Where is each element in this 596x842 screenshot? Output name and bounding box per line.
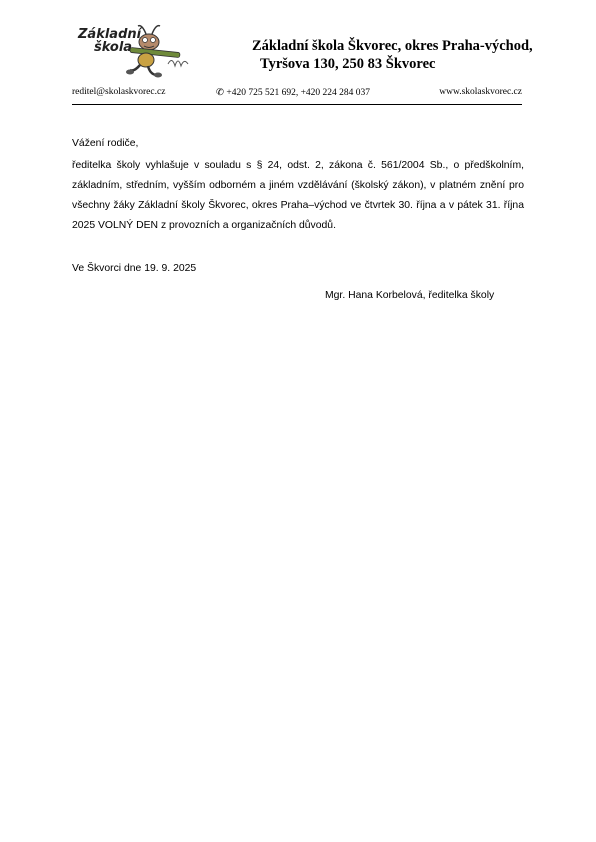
signature: Mgr. Hana Korbelová, ředitelka školy: [325, 290, 494, 301]
school-address: Tyršova 130, 250 83 Škvorec: [260, 56, 435, 73]
phone-text: +420 725 521 692, +420 224 284 037: [226, 88, 370, 98]
phone-numbers: ✆ +420 725 521 692, +420 224 284 037: [216, 87, 370, 98]
phone-icon: ✆: [216, 88, 224, 98]
email-link[interactable]: reditel@skolaskvorec.cz: [72, 87, 165, 97]
header-divider: [72, 104, 522, 105]
letter-greeting: Vážení rodiče,: [72, 134, 524, 154]
document-page: Základní škola Základní škola Škvorec, o…: [0, 0, 596, 842]
letter-paragraph: ředitelka školy vyhlašuje v souladu s § …: [72, 156, 524, 236]
place-and-date: Ve Škvorci dne 19. 9. 2025: [72, 263, 196, 274]
website-link[interactable]: www.skolaskvorec.cz: [439, 87, 522, 97]
ant-mascot-icon: [72, 20, 192, 82]
school-logo: Základní škola: [72, 20, 192, 82]
school-name-heading: Základní škola Škvorec, okres Praha-vých…: [252, 38, 533, 55]
